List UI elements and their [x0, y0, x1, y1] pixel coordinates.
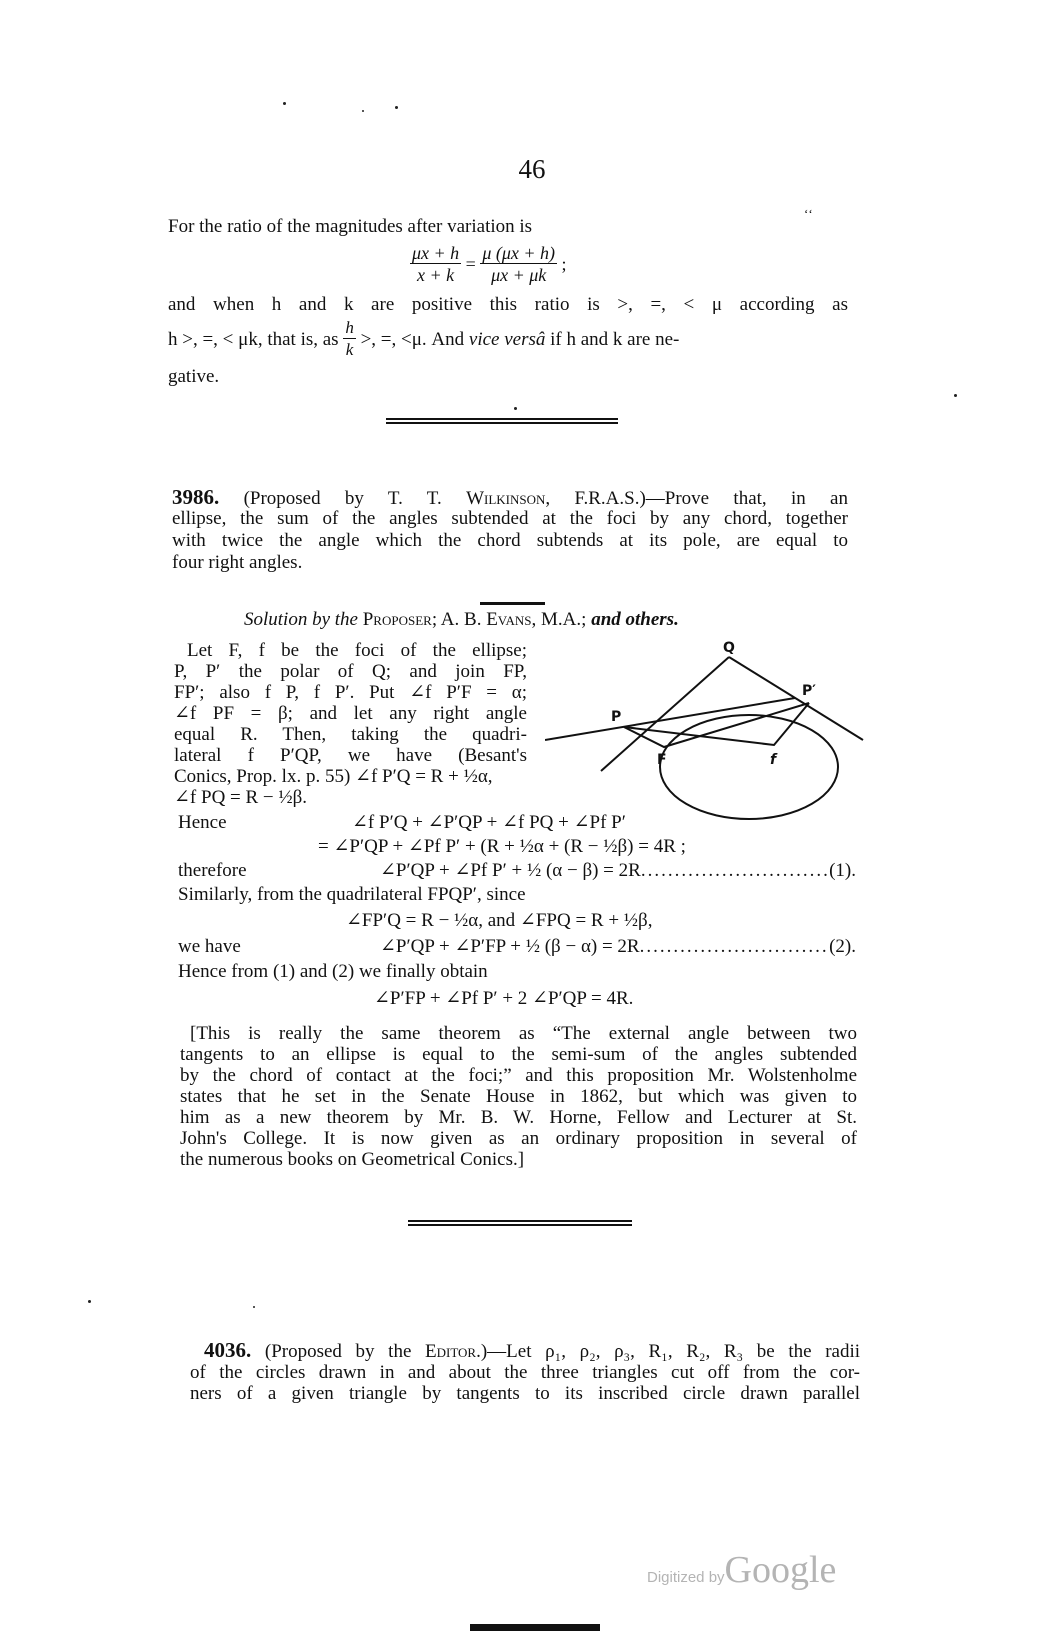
solution-line: P, P′ the polar of Q; and join FP,: [174, 661, 527, 682]
since-equation: ∠FP′Q = R − ½α, and ∠FPQ = R + ½β,: [346, 910, 652, 931]
problem-3986-line: with twice the angle which the chord sub…: [172, 530, 848, 551]
solution-heading: Solution by the Proposer; A. B. Evans, M…: [244, 609, 679, 630]
line-p-fsmall-p-prime: [624, 703, 809, 745]
problem-4036-line: ners of a given triangle by tangents to …: [190, 1383, 860, 1404]
problem-4036-header: 4036. (Proposed by the Editor.)—Let ρ₁, …: [204, 1340, 860, 1362]
proposer-name: Editor: [425, 1341, 476, 1362]
note-line: the numerous books on Geometrical Conics…: [180, 1149, 524, 1170]
speck: [395, 106, 398, 109]
hence-final-line: Hence from (1) and (2) we finally obtain: [178, 961, 488, 982]
equation-right-fraction: μ (μx + h) μx + μk: [480, 243, 557, 286]
speck: [954, 394, 957, 397]
equation-left-fraction: μx + h x + k: [410, 243, 461, 286]
ellipse-figure: Q P P′ F f: [545, 640, 865, 820]
dot-leader: ........................................…: [640, 936, 829, 957]
we-have-equation: ∠P′QP + ∠P′FP + ½ (β − α) = 2R .........…: [380, 936, 856, 957]
section-divider: [386, 418, 618, 424]
label-f-small: f: [770, 752, 778, 768]
speck: [88, 1300, 91, 1303]
hence-equation-1: ∠f P′Q + ∠P′QP + ∠f PQ + ∠Pf P′: [352, 812, 626, 833]
intro-line-3: h >, =, < μk, that is, as h k >, =, <μ. …: [168, 318, 848, 361]
we-have-label: we have: [178, 936, 241, 957]
proposer-name: Wilkinson: [466, 488, 545, 509]
speck: [514, 407, 517, 410]
note-line: John's College. It is now given as an or…: [180, 1128, 857, 1149]
speck: ʻʻ: [804, 206, 813, 222]
label-q: Q: [723, 640, 735, 656]
ellipse: [660, 715, 838, 819]
speck: [253, 1306, 255, 1308]
digitized-by-google-watermark: Digitized byGoogle: [647, 1548, 836, 1592]
equation-tag-1: (1).: [829, 860, 856, 881]
problem-3986-line: four right angles.: [172, 552, 302, 573]
solution-line: equal R. Then, taking the quadri-: [174, 724, 527, 745]
note-line: tangents to an ellipse is equal to the s…: [180, 1044, 857, 1065]
hence-label: Hence: [178, 812, 227, 833]
note-line: states that he set in the Senate House i…: [180, 1086, 857, 1107]
final-equation: ∠P′FP + ∠Pf P′ + 2 ∠P′QP = 4R.: [374, 988, 633, 1009]
solution-line: FP′; also f P, f P′. Put ∠f P′F = α;: [174, 682, 527, 703]
solution-line: lateral f P′QP, we have (Besant's: [174, 745, 527, 766]
note-line: [This is really the same theorem as “The…: [190, 1023, 857, 1044]
page-edge-artifact: [470, 1624, 600, 1631]
problem-number: 4036.: [204, 1338, 251, 1362]
page-number: 46: [0, 154, 1064, 185]
label-p-prime: P′: [802, 683, 816, 699]
therefore-label: therefore: [178, 860, 247, 881]
hence-equation-2: = ∠P′QP + ∠Pf P′ + (R + ½α + (R − ½β) = …: [318, 836, 686, 857]
equation-tag-2: (2).: [829, 936, 856, 957]
intro-equation: μx + h x + k = μ (μx + h) μx + μk ;: [410, 243, 567, 286]
problem-4036-line: of the circles drawn in and about the th…: [190, 1362, 860, 1383]
solution-line: Let F, f be the foci of the ellipse;: [187, 640, 527, 661]
speck: [362, 110, 364, 112]
short-divider: [480, 602, 545, 605]
intro-line-4: gative.: [168, 366, 219, 387]
label-p: P: [611, 709, 621, 725]
intro-line-2: and when h and k are positive this ratio…: [168, 294, 848, 315]
problem-number: 3986.: [172, 485, 219, 509]
therefore-equation: ∠P′QP + ∠Pf P′ + ½ (α − β) = 2R ........…: [380, 860, 856, 881]
solution-line: Conics, Prop. lx. p. 55) ∠f P′Q = R + ½α…: [174, 766, 493, 787]
solution-line: ∠f PQ = R − ½β.: [174, 787, 307, 808]
speck: [283, 102, 286, 105]
solution-line: ∠f PF = β; and let any right angle: [174, 703, 527, 724]
similarly-line: Similarly, from the quadrilateral FPQP′,…: [178, 884, 526, 905]
tangent-line-p-prime: [729, 657, 863, 740]
dot-leader: ........................................…: [641, 860, 829, 881]
section-divider: [408, 1220, 632, 1226]
note-line: by the chord of contact at the foci;” an…: [180, 1065, 857, 1086]
note-line: him as a new theorem by Mr. B. W. Horne,…: [180, 1107, 857, 1128]
intro-line-1: For the ratio of the magnitudes after va…: [168, 216, 532, 237]
problem-3986-header: 3986. (Proposed by T. T. Wilkinson, F.R.…: [172, 487, 848, 509]
label-f-capital: F: [657, 752, 667, 768]
problem-3986-line: ellipse, the sum of the angles subtended…: [172, 508, 848, 529]
